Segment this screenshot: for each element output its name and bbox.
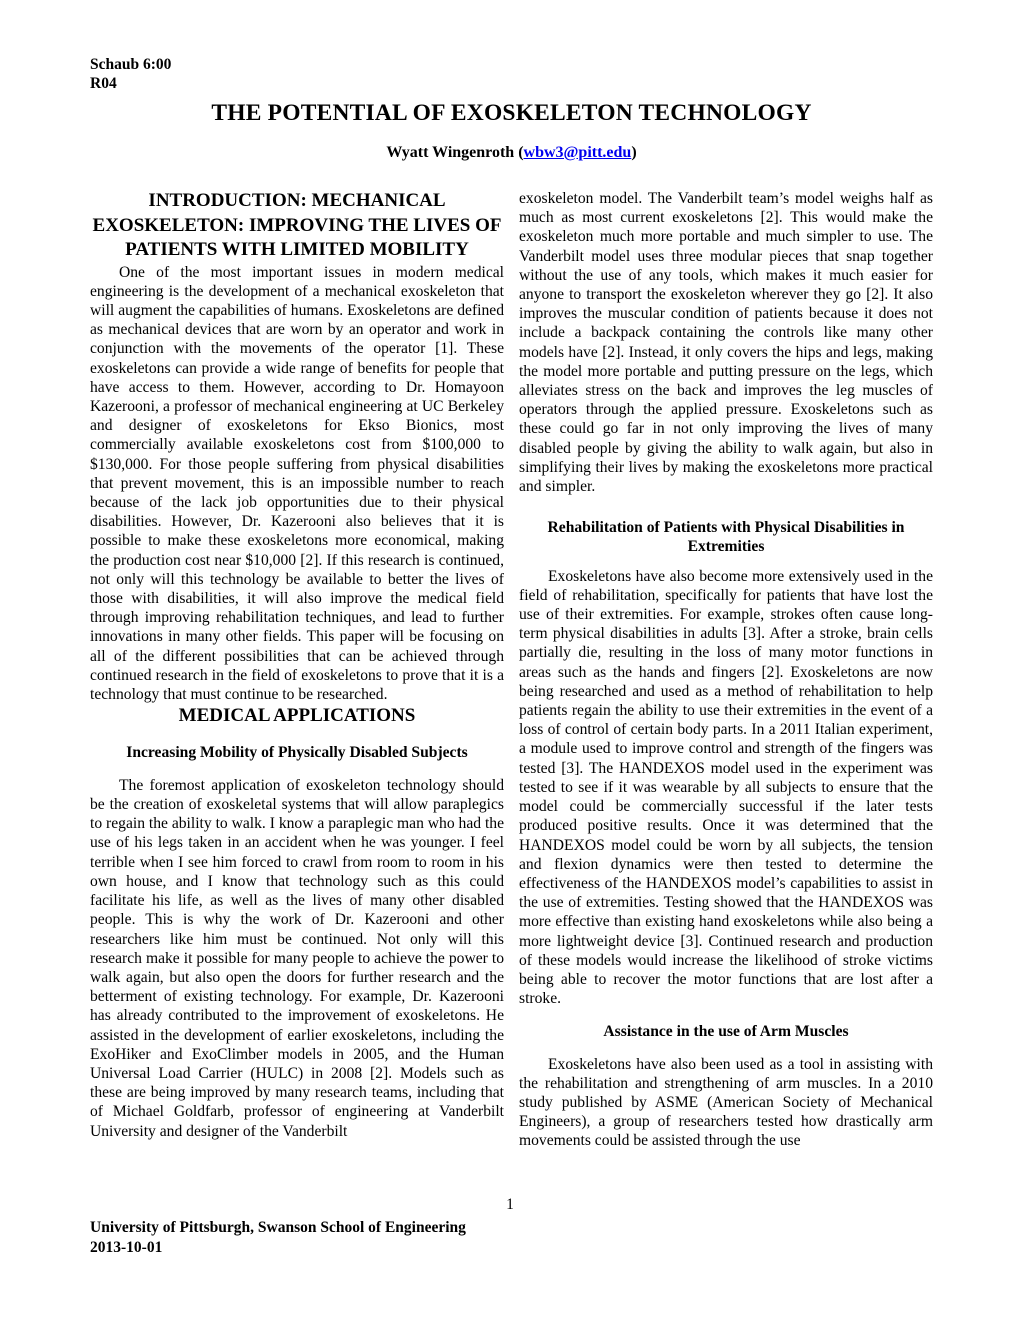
- section-label: R04: [90, 74, 933, 93]
- page-title: THE POTENTIAL OF EXOSKELETON TECHNOLOGY: [90, 99, 933, 127]
- right-column: exoskeleton model. The Vanderbilt team’s…: [519, 189, 933, 1151]
- author-name: Wyatt Wingenroth (: [386, 144, 523, 161]
- medical-applications-heading: MEDICAL APPLICATIONS: [90, 704, 504, 729]
- two-column-body: INTRODUCTION: MECHANICAL EXOSKELETON: IM…: [90, 189, 933, 1151]
- vanderbilt-continuation-paragraph: exoskeleton model. The Vanderbilt team’s…: [519, 189, 933, 496]
- document-footer: University of Pittsburgh, Swanson School…: [90, 1218, 466, 1257]
- document-header: Schaub 6:00 R04: [90, 55, 933, 93]
- intro-section-heading: INTRODUCTION: MECHANICAL EXOSKELETON: IM…: [90, 189, 504, 263]
- mobility-paragraph: The foremost application of exoskeleton …: [90, 776, 504, 1141]
- mobility-subheading: Increasing Mobility of Physically Disabl…: [90, 743, 504, 762]
- rehabilitation-paragraph: Exoskeletons have also become more exten…: [519, 567, 933, 1009]
- byline-close: ): [631, 144, 636, 161]
- course-label: Schaub 6:00: [90, 55, 933, 74]
- byline: Wyatt Wingenroth (wbw3@pitt.edu): [90, 144, 933, 162]
- arm-muscles-paragraph: Exoskeletons have also been used as a to…: [519, 1055, 933, 1151]
- rehabilitation-subheading: Rehabilitation of Patients with Physical…: [519, 518, 933, 556]
- author-email-link[interactable]: wbw3@pitt.edu: [524, 144, 632, 161]
- document-page: Schaub 6:00 R04 THE POTENTIAL OF EXOSKEL…: [0, 0, 1020, 1320]
- arm-muscles-subheading: Assistance in the use of Arm Muscles: [519, 1022, 933, 1041]
- institution-label: University of Pittsburgh, Swanson School…: [90, 1218, 466, 1238]
- date-label: 2013-10-01: [90, 1238, 466, 1258]
- intro-paragraph: One of the most important issues in mode…: [90, 263, 504, 705]
- left-column: INTRODUCTION: MECHANICAL EXOSKELETON: IM…: [90, 189, 504, 1151]
- page-number: 1: [0, 1196, 1020, 1214]
